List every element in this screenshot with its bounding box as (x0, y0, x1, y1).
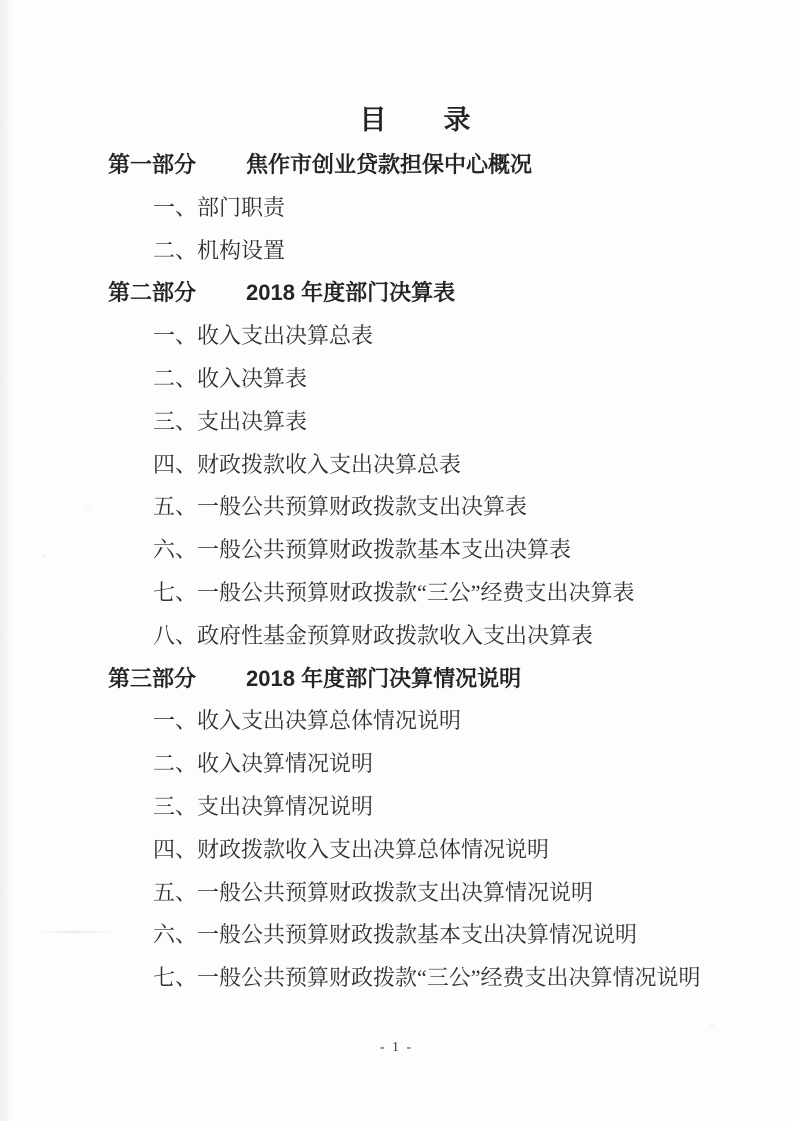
toc-item: 七、一般公共预算财政拨款“三公”经费支出决算表 (108, 572, 723, 615)
toc-item: 五、一般公共预算财政拨款支出决算表 (108, 486, 723, 529)
toc-item: 三、支出决算情况说明 (108, 786, 723, 829)
toc-item: 三、支出决算表 (108, 401, 723, 444)
toc-item: 二、收入决算情况说明 (108, 743, 723, 786)
section-heading-2: 第二部分2018 年度部门决算表 (108, 272, 723, 315)
toc-item: 七、一般公共预算财政拨款“三公”经费支出决算情况说明 (108, 957, 723, 1000)
section-number: 第一部分 (108, 152, 196, 177)
toc-item: 二、机构设置 (108, 230, 723, 273)
toc-item: 一、收入支出决算总体情况说明 (108, 700, 723, 743)
toc-item: 四、财政拨款收入支出决算总体情况说明 (108, 829, 723, 872)
toc-item: 一、部门职责 (108, 187, 723, 230)
toc-item: 六、一般公共预算财政拨款基本支出决算情况说明 (108, 914, 723, 957)
toc-content: 目 录 第一部分焦作市创业贷款担保中心概况 一、部门职责 二、机构设置 第二部分… (108, 98, 723, 1000)
scan-edge-artifact (0, 0, 14, 1121)
toc-item: 一、收入支出决算总表 (108, 315, 723, 358)
section-number: 第二部分 (108, 280, 196, 305)
page-number: - 1 - (0, 1040, 793, 1056)
section-title: 焦作市创业贷款担保中心概况 (246, 152, 532, 177)
section-title: 2018 年度部门决算情况说明 (246, 666, 521, 691)
section-title: 2018 年度部门决算表 (246, 280, 455, 305)
toc-item: 四、财政拨款收入支出决算总表 (108, 444, 723, 487)
document-page: 目 录 第一部分焦作市创业贷款担保中心概况 一、部门职责 二、机构设置 第二部分… (0, 0, 793, 1121)
toc-item: 二、收入决算表 (108, 358, 723, 401)
toc-item: 五、一般公共预算财政拨款支出决算情况说明 (108, 872, 723, 915)
page-title: 目 录 (108, 98, 723, 142)
section-heading-3: 第三部分2018 年度部门决算情况说明 (108, 658, 723, 701)
toc-item: 六、一般公共预算财政拨款基本支出决算表 (108, 529, 723, 572)
section-number: 第三部分 (108, 666, 196, 691)
toc-item: 八、政府性基金预算财政拨款收入支出决算表 (108, 615, 723, 658)
section-heading-1: 第一部分焦作市创业贷款担保中心概况 (108, 144, 723, 187)
